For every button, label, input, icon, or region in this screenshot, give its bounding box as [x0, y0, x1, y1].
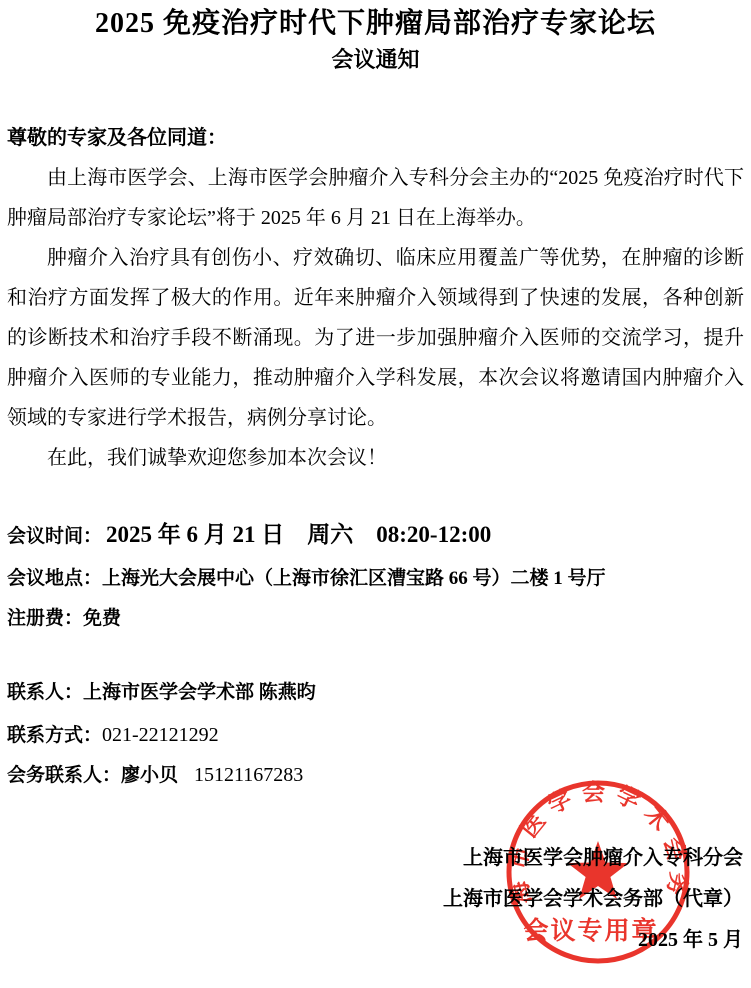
meeting-venue-row: 会议地点：上海光大会展中心（上海市徐汇区漕宝路 66 号）二楼 1 号厅 — [7, 566, 744, 593]
affairs-contact-label: 会务联系人： — [7, 765, 121, 786]
registration-fee-row: 注册费：免费 — [7, 606, 744, 633]
signature-date: 2025 年 5 月 — [7, 920, 743, 961]
paragraph-welcome: 在此，我们诚挚欢迎您参加本次会议！ — [7, 438, 744, 478]
registration-fee-label: 注册费： — [7, 608, 83, 629]
paragraph-background: 肿瘤介入治疗具有创伤小、疗效确切、临床应用覆盖广等优势，在肿瘤的诊断和治疗方面发… — [7, 238, 744, 438]
contact-person-row: 联系人：上海市医学会学术部 陈燕昀 — [7, 680, 744, 707]
meeting-time-value: 2025 年 6 月 21 日 周六 08:20-12:00 — [106, 522, 491, 547]
meeting-venue-value: 上海光大会展中心（上海市徐汇区漕宝路 66 号）二楼 1 号厅 — [102, 568, 606, 589]
contact-person-value: 上海市医学会学术部 陈燕昀 — [83, 682, 316, 703]
contact-phone-value: 021-22121292 — [102, 724, 219, 746]
page-title: 2025 免疫治疗时代下肿瘤局部治疗专家论坛 — [0, 6, 751, 42]
affairs-contact-phone: 15121167283 — [194, 764, 303, 786]
meeting-venue-label: 会议地点： — [7, 568, 102, 589]
title-block: 2025 免疫治疗时代下肿瘤局部治疗专家论坛 会议通知 — [0, 6, 751, 74]
page-subtitle: 会议通知 — [0, 46, 751, 74]
signature-block: 上海市医学会肿瘤介入专科分会 上海市医学会学术会务部（代章） 2025 年 5 … — [7, 838, 743, 961]
registration-fee-value: 免费 — [83, 608, 121, 629]
meeting-time-row: 会议时间：2025 年 6 月 21 日 周六 08:20-12:00 — [7, 520, 744, 553]
affairs-contact-row: 会务联系人：廖小贝15121167283 — [7, 762, 744, 790]
greeting-line: 尊敬的专家及各位同道： — [7, 118, 744, 158]
signature-org-branch: 上海市医学会肿瘤介入专科分会 — [7, 838, 743, 879]
contact-phone-row: 联系方式：021-22121292 — [7, 722, 744, 750]
contact-phone-label: 联系方式： — [7, 725, 102, 746]
affairs-contact-name: 廖小贝 — [121, 765, 178, 786]
body-text: 尊敬的专家及各位同道： 由上海市医学会、上海市医学会肿瘤介入专科分会主办的“20… — [7, 118, 744, 478]
signature-org-dept: 上海市医学会学术会务部（代章） — [7, 879, 743, 920]
notice-document: 2025 免疫治疗时代下肿瘤局部治疗专家论坛 会议通知 尊敬的专家及各位同道： … — [0, 0, 751, 988]
meeting-time-label: 会议时间： — [7, 526, 102, 547]
contact-person-label: 联系人： — [7, 682, 83, 703]
paragraph-intro: 由上海市医学会、上海市医学会肿瘤介入专科分会主办的“2025 免疫治疗时代下肿瘤… — [7, 158, 744, 238]
